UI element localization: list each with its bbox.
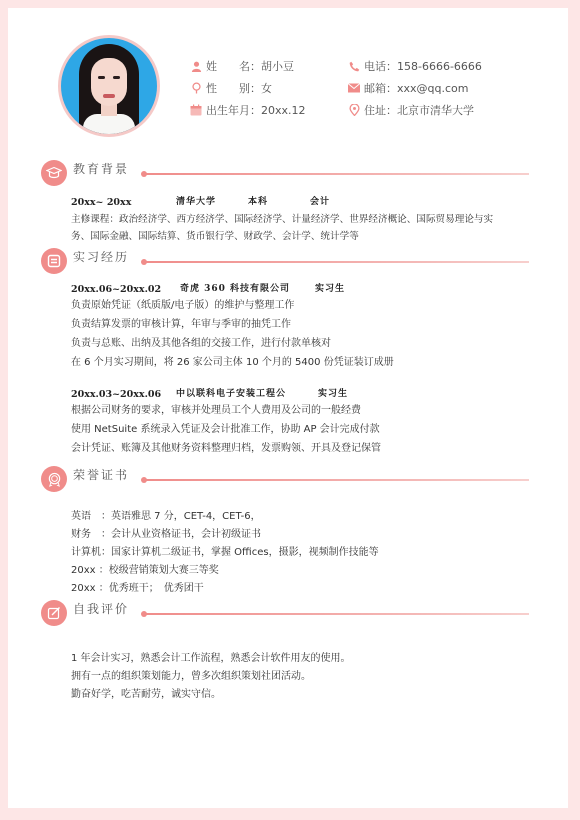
section-title: 自我评价 <box>73 600 129 617</box>
gender-value: 女 <box>261 80 272 96</box>
section-internship-header: 实习经历 <box>41 248 541 276</box>
section-divider <box>145 173 529 175</box>
avatar <box>58 35 160 137</box>
mail-icon <box>348 82 360 94</box>
education-courses-line2: 务、国际金融、国际结算、货币银行学、财政学、会计学、统计学等 <box>71 228 359 245</box>
email-value: xxx@qq.com <box>397 82 468 95</box>
graduation-cap-icon <box>41 160 67 186</box>
section-divider <box>145 261 529 263</box>
education-degree: 本科 <box>248 194 268 211</box>
honor-item: 20xx ：校级营销策划大赛三等奖 <box>71 562 219 579</box>
birth-label: 出生年月： <box>206 102 261 118</box>
map-pin-icon <box>348 104 360 116</box>
honor-item: 计算机：国家计算机二级证书，掌握 Offices，摄影，视频制作技能等 <box>71 544 379 561</box>
section-education-header: 教育背景 <box>41 160 541 188</box>
self-eval-line: 勤奋好学，吃苦耐劳，诚实守信。 <box>71 686 221 703</box>
email-label: 邮箱： <box>364 80 397 96</box>
phone-icon <box>348 60 360 72</box>
list-icon <box>41 248 67 274</box>
section-divider <box>145 479 529 481</box>
education-period: 20xx~ 20xx <box>71 194 131 211</box>
info-address: 住址： 北京市清华大学 <box>348 102 474 118</box>
info-gender: 性 别： 女 <box>190 80 272 96</box>
calendar-icon <box>190 104 202 116</box>
job1-duty: 负责原始凭证（纸质版/电子版）的维护与整理工作 <box>71 297 294 314</box>
birth-value: 20xx.12 <box>261 104 306 117</box>
self-eval-line: 1 年会计实习，熟悉会计工作流程，熟悉会计软件用友的使用。 <box>71 650 351 667</box>
phone-value: 158-6666-6666 <box>397 60 482 73</box>
honor-item: 20xx ：优秀班干； 优秀团干 <box>71 580 204 597</box>
job1-duty: 负责结算发票的审核计算，年审与季审的抽凭工作 <box>71 316 291 333</box>
job2-duty: 会计凭证、账簿及其他财务资料整理归档，发票购领、开具及登记保管 <box>71 440 381 457</box>
person-icon <box>190 60 202 72</box>
name-label: 姓 名： <box>206 58 261 74</box>
self-eval-line: 拥有一点的组织策划能力，曾多次组织策划社团活动。 <box>71 668 311 685</box>
honor-item: 英语 ：英语雅思 7 分，CET-4，CET-6， <box>71 508 261 525</box>
job1-duty: 负责与总账、出纳及其他各组的交接工作，进行付款单核对 <box>71 335 331 352</box>
job1-period: 20xx.06~20xx.02 <box>71 281 161 298</box>
job1-company: 奇虎 360 科技有限公司 <box>180 281 290 298</box>
edit-icon <box>41 600 67 626</box>
job2-period: 20xx.03~20xx.06 <box>71 386 161 403</box>
phone-label: 电话： <box>364 58 397 74</box>
education-school: 清华大学 <box>176 194 216 211</box>
info-name: 姓 名： 胡小豆 <box>190 58 294 74</box>
resume-page: 姓 名： 胡小豆 性 别： 女 出生年月： 20xx.12 电话： 158-66… <box>8 8 568 808</box>
job2-duty: 使用 NetSuite 系统录入凭证及会计批准工作，协助 AP 会计完成付款 <box>71 421 380 438</box>
address-value: 北京市清华大学 <box>397 102 474 118</box>
section-self-eval-header: 自我评价 <box>41 600 541 628</box>
job1-duty: 在 6 个月实习期间，将 26 家公司主体 10 个月的 5400 份凭证装订成… <box>71 354 394 371</box>
section-title: 教育背景 <box>73 160 129 177</box>
location-pin-icon <box>190 82 202 94</box>
section-divider <box>145 613 529 615</box>
info-phone: 电话： 158-6666-6666 <box>348 58 482 74</box>
job2-duty: 根据公司财务的要求，审核并处理员工个人费用及公司的一般经费 <box>71 402 361 419</box>
section-title: 实习经历 <box>73 248 129 265</box>
education-courses-line1: 主修课程：政治经济学、西方经济学、国际经济学、计量经济学、世界经济概论、国际贸易… <box>71 211 493 228</box>
address-label: 住址： <box>364 102 397 118</box>
info-email: 邮箱： xxx@qq.com <box>348 80 468 96</box>
section-honors-header: 荣誉证书 <box>41 466 541 494</box>
award-icon <box>41 466 67 492</box>
name-value: 胡小豆 <box>261 58 294 74</box>
honor-item: 财务 ：会计从业资格证书，会计初级证书 <box>71 526 261 543</box>
job1-role: 实习生 <box>315 281 345 298</box>
info-birth: 出生年月： 20xx.12 <box>190 102 306 118</box>
education-major: 会计 <box>310 194 330 211</box>
gender-label: 性 别： <box>206 80 261 96</box>
job2-company: 中以联科电子安装工程公 <box>176 386 286 403</box>
section-title: 荣誉证书 <box>73 466 129 483</box>
job2-role: 实习生 <box>318 386 348 403</box>
